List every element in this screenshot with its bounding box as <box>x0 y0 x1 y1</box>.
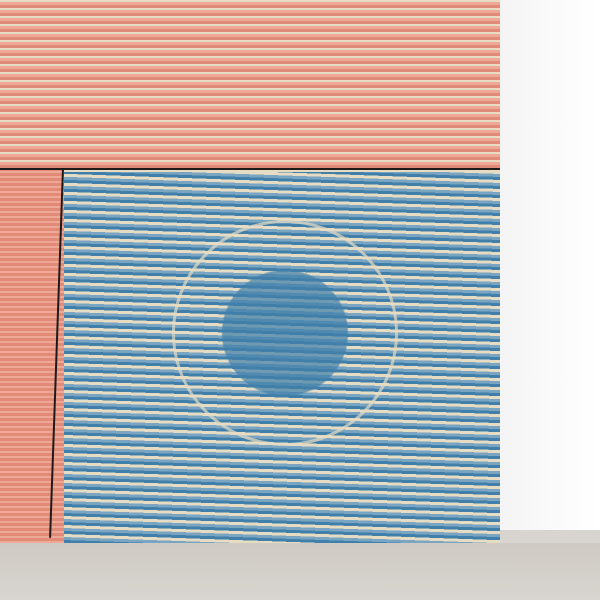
table-shadow <box>0 543 600 600</box>
white-card <box>498 0 600 530</box>
ink-border-horizontal <box>0 168 500 170</box>
blue-engraved-panel <box>64 172 500 543</box>
photo-scene <box>0 0 600 600</box>
banknote-paper <box>0 0 500 543</box>
seal-medallion <box>172 220 398 446</box>
red-engraved-left-strip <box>0 168 64 543</box>
red-engraved-top-region <box>0 0 500 168</box>
